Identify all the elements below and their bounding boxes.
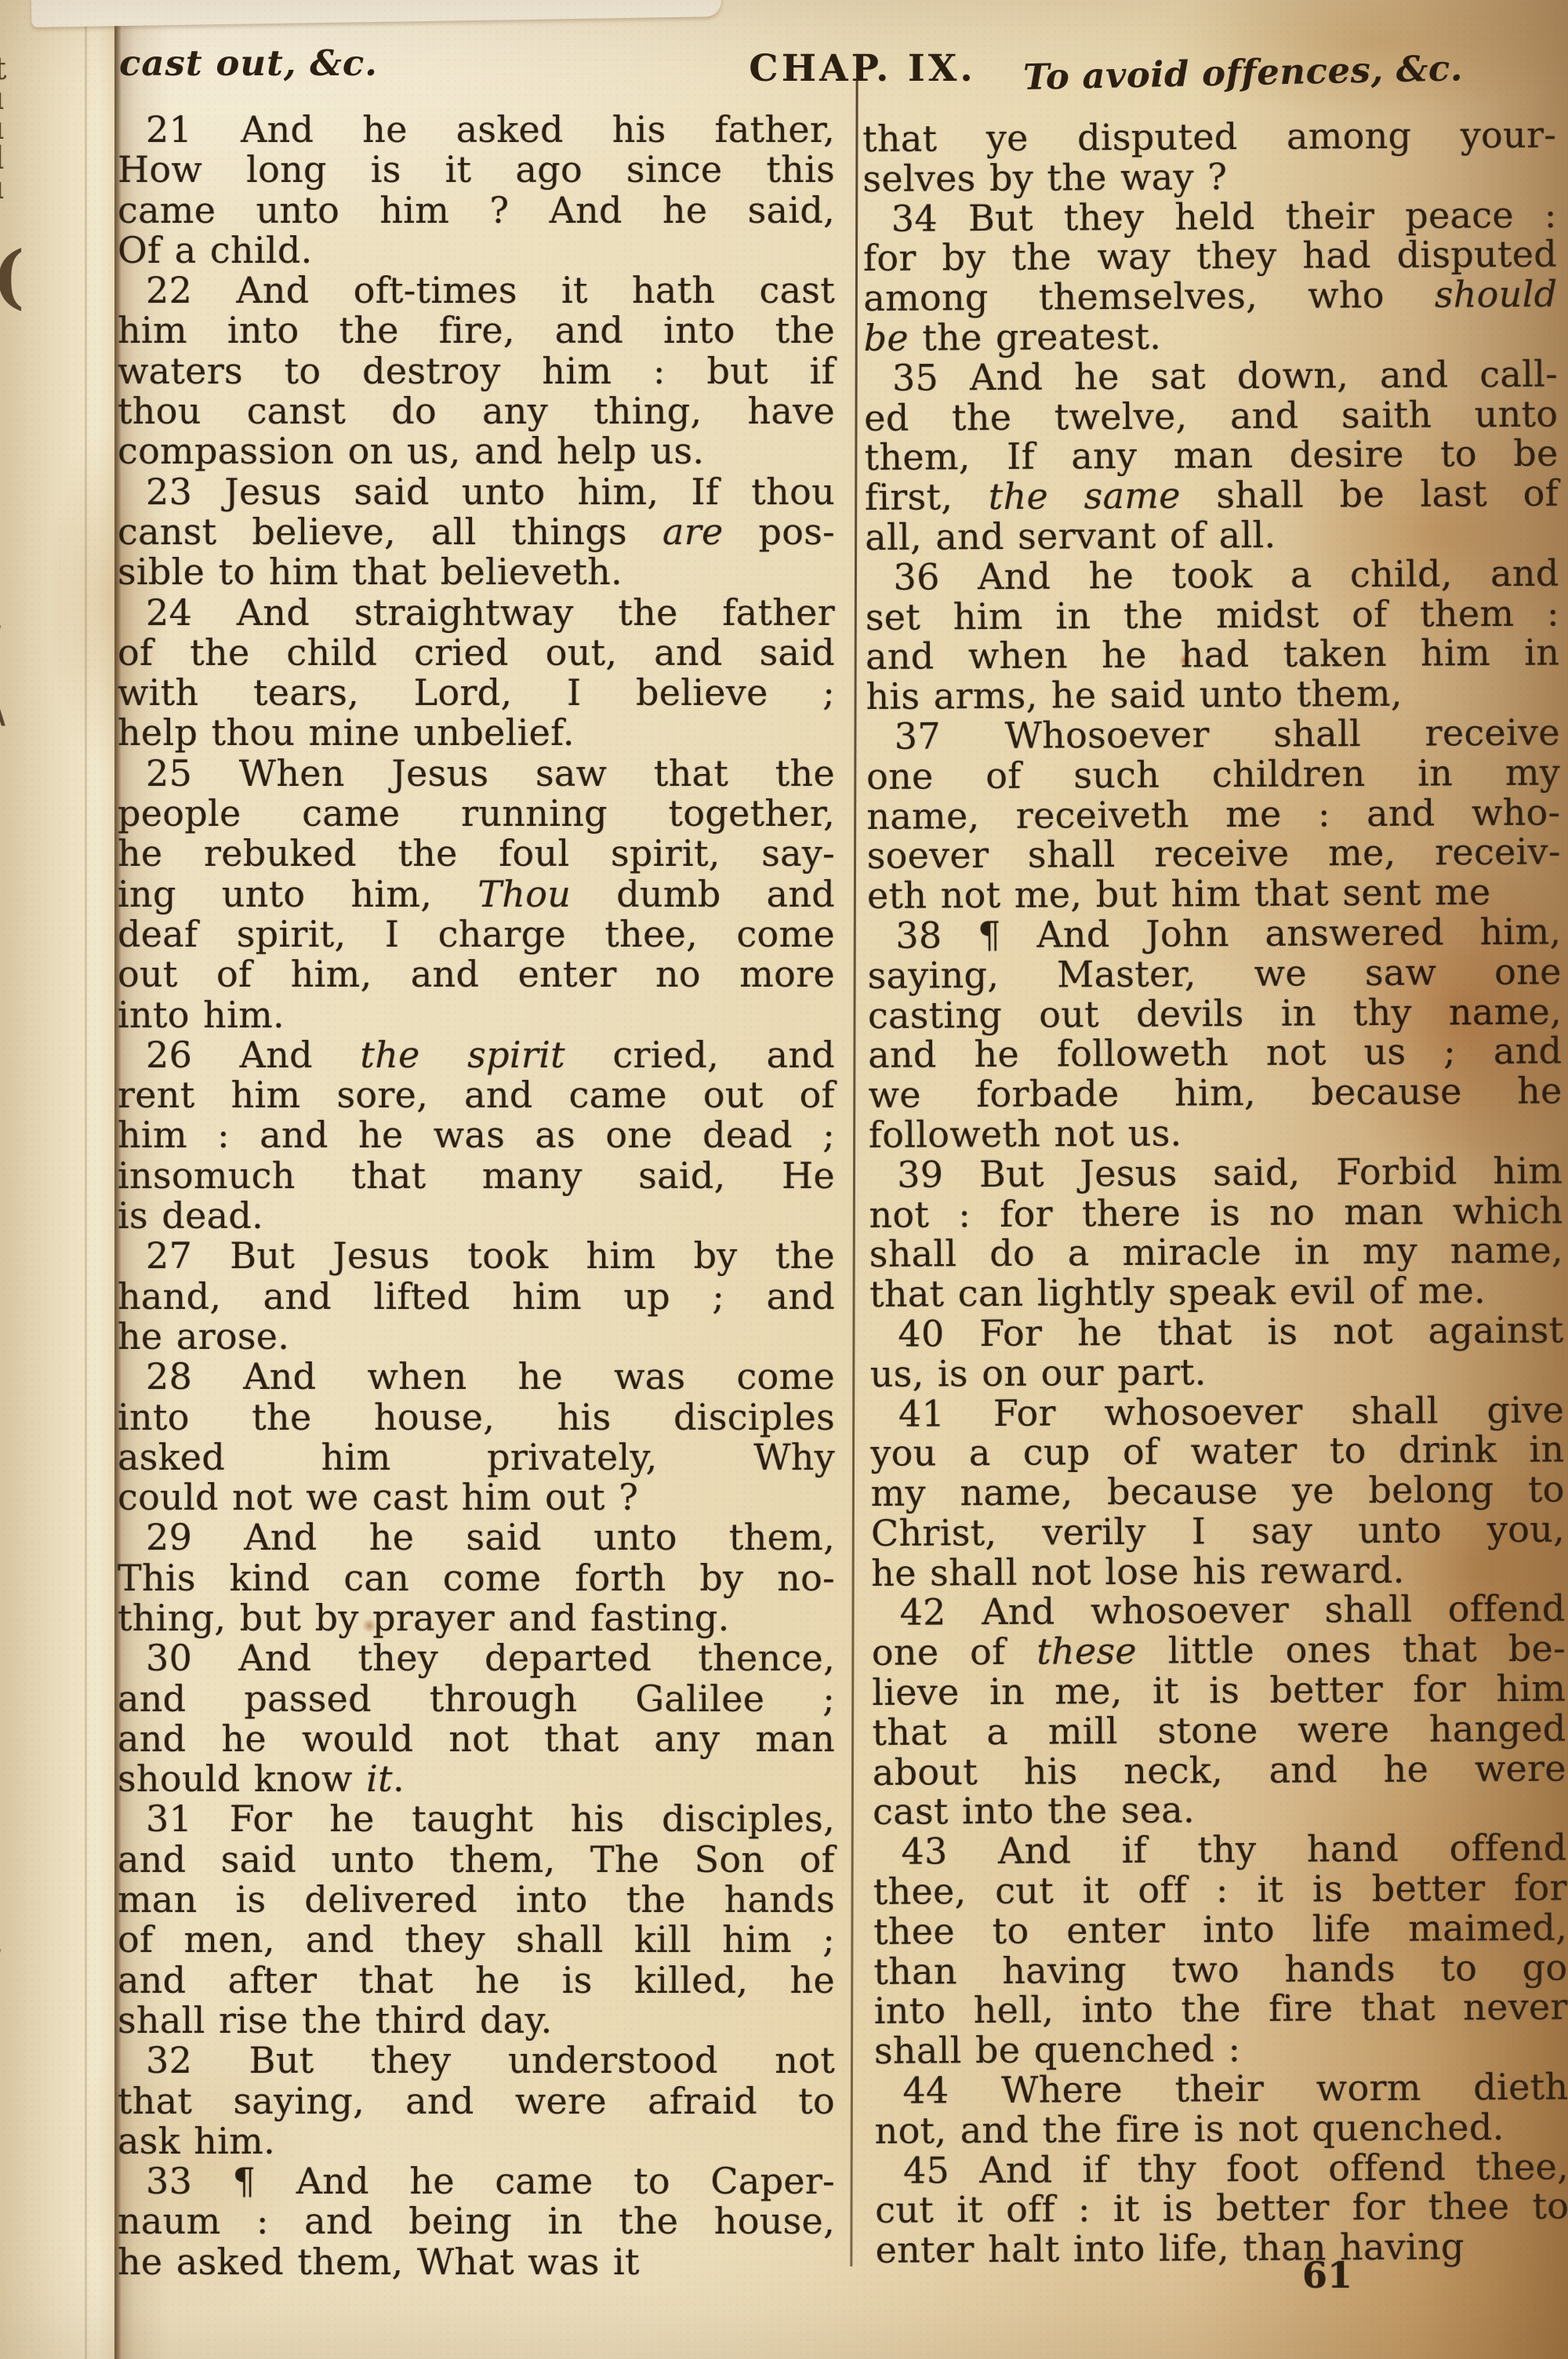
verse-line: soever shall receive me, receiv- xyxy=(867,832,1561,876)
running-head-right: To avoid offences, &c. xyxy=(1022,45,1564,98)
verse-line: waters to destroy him : but if xyxy=(118,351,835,391)
page-curl xyxy=(31,0,722,27)
verse-line: 43 And if thy hand offend xyxy=(873,1828,1566,1872)
verse-line: than having two hands to go xyxy=(873,1947,1567,1991)
verse-line: saying, Master, we saw one xyxy=(868,951,1562,995)
verse-line: should know it. xyxy=(118,1759,835,1799)
verse-line: for by the way they had disputed xyxy=(863,234,1557,278)
verse-line: 38 ¶ And John answered him, xyxy=(867,912,1561,956)
verse-line: 33 ¶ And he came to Caper- xyxy=(118,2161,835,2201)
verse-line: sible to him that believeth. xyxy=(118,552,835,592)
verse-line: that saying, and were afraid to xyxy=(118,2081,835,2121)
verse-line: with tears, Lord, I believe ; xyxy=(118,673,835,713)
verse-line: thou canst do any thing, have xyxy=(118,391,835,431)
verse-line: ed the twelve, and saith unto xyxy=(864,394,1558,438)
column-divider-rule xyxy=(850,78,858,2266)
verse-line: rent him sore, and came out of xyxy=(118,1075,835,1115)
verse-line: and he followeth not us ; and xyxy=(868,1031,1562,1075)
facing-page-fragment: \ xyxy=(0,689,5,731)
verse-line: 45 And if thy foot offend thee, xyxy=(875,2146,1568,2190)
verse-line: and he would not that any man xyxy=(118,1719,835,1759)
verse-line: and passed through Galilee ; xyxy=(118,1679,835,1719)
verse-line: 21 And he asked his father, xyxy=(118,110,835,150)
verse-line: about his neck, and he were xyxy=(873,1748,1566,1792)
verse-line: into hell, into the fire that never xyxy=(874,1987,1568,2031)
verse-line: 22 And oft-times it hath cast xyxy=(118,271,835,311)
verse-line: of the child cried out, and said xyxy=(118,633,835,673)
facing-page-fold xyxy=(85,0,87,2359)
verse-line: followeth not us. xyxy=(869,1110,1563,1154)
verse-line: and after that he is killed, he xyxy=(118,1961,835,2001)
verse-line: one of such children in my xyxy=(866,752,1560,796)
verse-line: one of these little ones that be- xyxy=(872,1629,1566,1673)
verse-line: among themselves, who should xyxy=(863,274,1557,318)
verse-line: he asked them, What was it xyxy=(118,2242,835,2282)
verse-line: thee to enter into life maimed, xyxy=(873,1907,1567,1951)
verse-line: set him in the midst of them : xyxy=(866,593,1559,637)
verse-line: 29 And he said unto them, xyxy=(118,1518,835,1558)
running-head-left: cast out, &c. xyxy=(119,42,378,84)
verse-line: 40 For he that is not against xyxy=(869,1310,1563,1354)
verse-line: Christ, verily I say unto you, xyxy=(871,1509,1565,1553)
verse-line: casting out devils in thy name, xyxy=(868,991,1562,1035)
verse-line: him into the fire, and into the xyxy=(118,311,835,351)
verse-line: out of him, and enter no more xyxy=(118,954,835,994)
facing-page-fragment: ’ xyxy=(0,1943,3,1980)
verse-line: 23 Jesus said unto him, If thou xyxy=(118,472,835,512)
verse-line: he shall not lose his reward. xyxy=(871,1549,1565,1593)
verse-line: thing, but by prayer and fasting. xyxy=(118,1598,835,1638)
verse-line: of men, and they shall kill him ; xyxy=(118,1920,835,1960)
facing-page-fragment: ’ xyxy=(0,620,3,656)
verse-line: shall rise the third day. xyxy=(118,2001,835,2041)
verse-line: naum : and being in the house, xyxy=(118,2201,835,2241)
verse-line: 41 For whosoever shall give xyxy=(870,1390,1564,1434)
verse-line: 35 And he sat down, and call- xyxy=(864,354,1558,398)
verse-line: all, and servant of all. xyxy=(865,514,1559,558)
verse-line: eth not me, but him that sent me xyxy=(867,872,1561,916)
verse-line: How long is it ago since this xyxy=(118,150,835,190)
verse-line: Of a child. xyxy=(118,231,835,271)
verse-line: 24 And straightway the father xyxy=(118,593,835,633)
verse-line: asked him privately, Why xyxy=(118,1438,835,1478)
verse-line: man is delivered into the hands xyxy=(118,1880,835,1920)
verse-line: not : for there is no man which xyxy=(869,1190,1563,1234)
verse-line: and when he had taken him in xyxy=(866,633,1559,677)
verse-line: deaf spirit, I charge thee, come xyxy=(118,914,835,954)
verse-line: selves by the way ? xyxy=(862,154,1556,198)
verse-line: 36 And he took a child, and xyxy=(865,553,1559,597)
facing-page-fragment: ( xyxy=(0,235,25,317)
verse-line: be the greatest. xyxy=(864,314,1558,358)
verse-line: into the house, his disciples xyxy=(118,1398,835,1438)
verse-line: 25 When Jesus saw that the xyxy=(118,754,835,794)
verse-line: came unto him ? And he said, xyxy=(118,191,835,231)
verse-line: is dead. xyxy=(118,1196,835,1236)
facing-page-edge: tıılı(’\,’ xyxy=(0,0,116,2359)
verse-line: 30 And they departed thence, xyxy=(118,1638,835,1678)
verse-line: help thou mine unbelief. xyxy=(118,713,835,753)
verse-line: not, and the fire is not quenched. xyxy=(875,2106,1568,2150)
verse-line: This kind can come forth by no- xyxy=(118,1558,835,1598)
verse-line: him : and he was as one dead ; xyxy=(118,1115,835,1155)
verse-line: we forbade him, because he xyxy=(868,1071,1562,1115)
page-number: 61 xyxy=(1284,2254,1370,2296)
verse-line: 28 And when he was come xyxy=(118,1357,835,1397)
verse-line: he arose. xyxy=(118,1317,835,1357)
verse-line: thee, cut it off : it is better for xyxy=(873,1868,1567,1912)
verse-line: 32 But they understood not xyxy=(118,2041,835,2081)
verse-line: ask him. xyxy=(118,2121,835,2161)
verse-line: enter halt into life, than having xyxy=(875,2226,1568,2270)
verse-line: that can lightly speak evil of me. xyxy=(869,1270,1563,1314)
verse-line: that ye disputed among your- xyxy=(862,115,1556,159)
verse-line: he rebuked the foul spirit, say- xyxy=(118,834,835,874)
verse-line: 37 Whosoever shall receive xyxy=(866,713,1560,757)
verse-line: canst believe, all things are pos- xyxy=(118,512,835,552)
verse-line: hand, and lifted him up ; and xyxy=(118,1277,835,1317)
running-head-chapter: CHAP. IX. xyxy=(729,47,996,90)
verse-line: us, is on our part. xyxy=(870,1350,1564,1394)
verse-line: first, the same shall be last of xyxy=(865,474,1559,518)
verse-line: insomuch that many said, He xyxy=(118,1156,835,1196)
verse-line: and said unto them, The Son of xyxy=(118,1840,835,1880)
right-column: that ye disputed among your-selves by th… xyxy=(862,115,1568,2270)
verse-line: that a mill stone were hanged xyxy=(872,1708,1566,1752)
verse-line: lieve in me, it is better for him xyxy=(872,1669,1566,1713)
bible-page-photo: tıılı(’\,’ cast out, &c. CHAP. IX. To av… xyxy=(0,0,1568,2359)
verse-line: people came running together, xyxy=(118,794,835,834)
verse-line: you a cup of water to drink in xyxy=(870,1430,1564,1474)
verse-line: into him. xyxy=(118,995,835,1035)
verse-line: shall be quenched : xyxy=(874,2027,1568,2071)
verse-line: ing unto him, Thou dumb and xyxy=(118,874,835,914)
verse-line: 26 And the spirit cried, and xyxy=(118,1035,835,1075)
verse-line: them, If any man desire to be xyxy=(864,434,1558,478)
left-column: 21 And he asked his father,How long is i… xyxy=(118,110,835,2282)
verse-line: could not we cast him out ? xyxy=(118,1478,835,1518)
facing-page-fragment: ı xyxy=(0,169,4,206)
verse-line: 27 But Jesus took him by the xyxy=(118,1236,835,1276)
verse-line: 39 But Jesus said, Forbid him xyxy=(869,1150,1563,1194)
verse-line: cast into the sea. xyxy=(873,1788,1566,1832)
verse-line: name, receiveth me : and who- xyxy=(866,792,1560,836)
verse-line: compassion on us, and help us. xyxy=(118,431,835,471)
facing-page-fragment: , xyxy=(0,945,3,982)
verse-line: shall do a miracle in my name, xyxy=(869,1230,1563,1274)
verse-line: his arms, he said unto them, xyxy=(866,673,1559,717)
verse-line: 34 But they held their peace : xyxy=(863,194,1557,238)
verse-line: my name, because ye belong to xyxy=(871,1470,1565,1514)
verse-line: cut it off : it is better for thee to xyxy=(875,2186,1568,2230)
verse-line: 42 And whosoever shall offend xyxy=(871,1589,1565,1633)
verse-line: 31 For he taught his disciples, xyxy=(118,1799,835,1839)
verse-line: 44 Where their worm dieth xyxy=(874,2067,1568,2111)
